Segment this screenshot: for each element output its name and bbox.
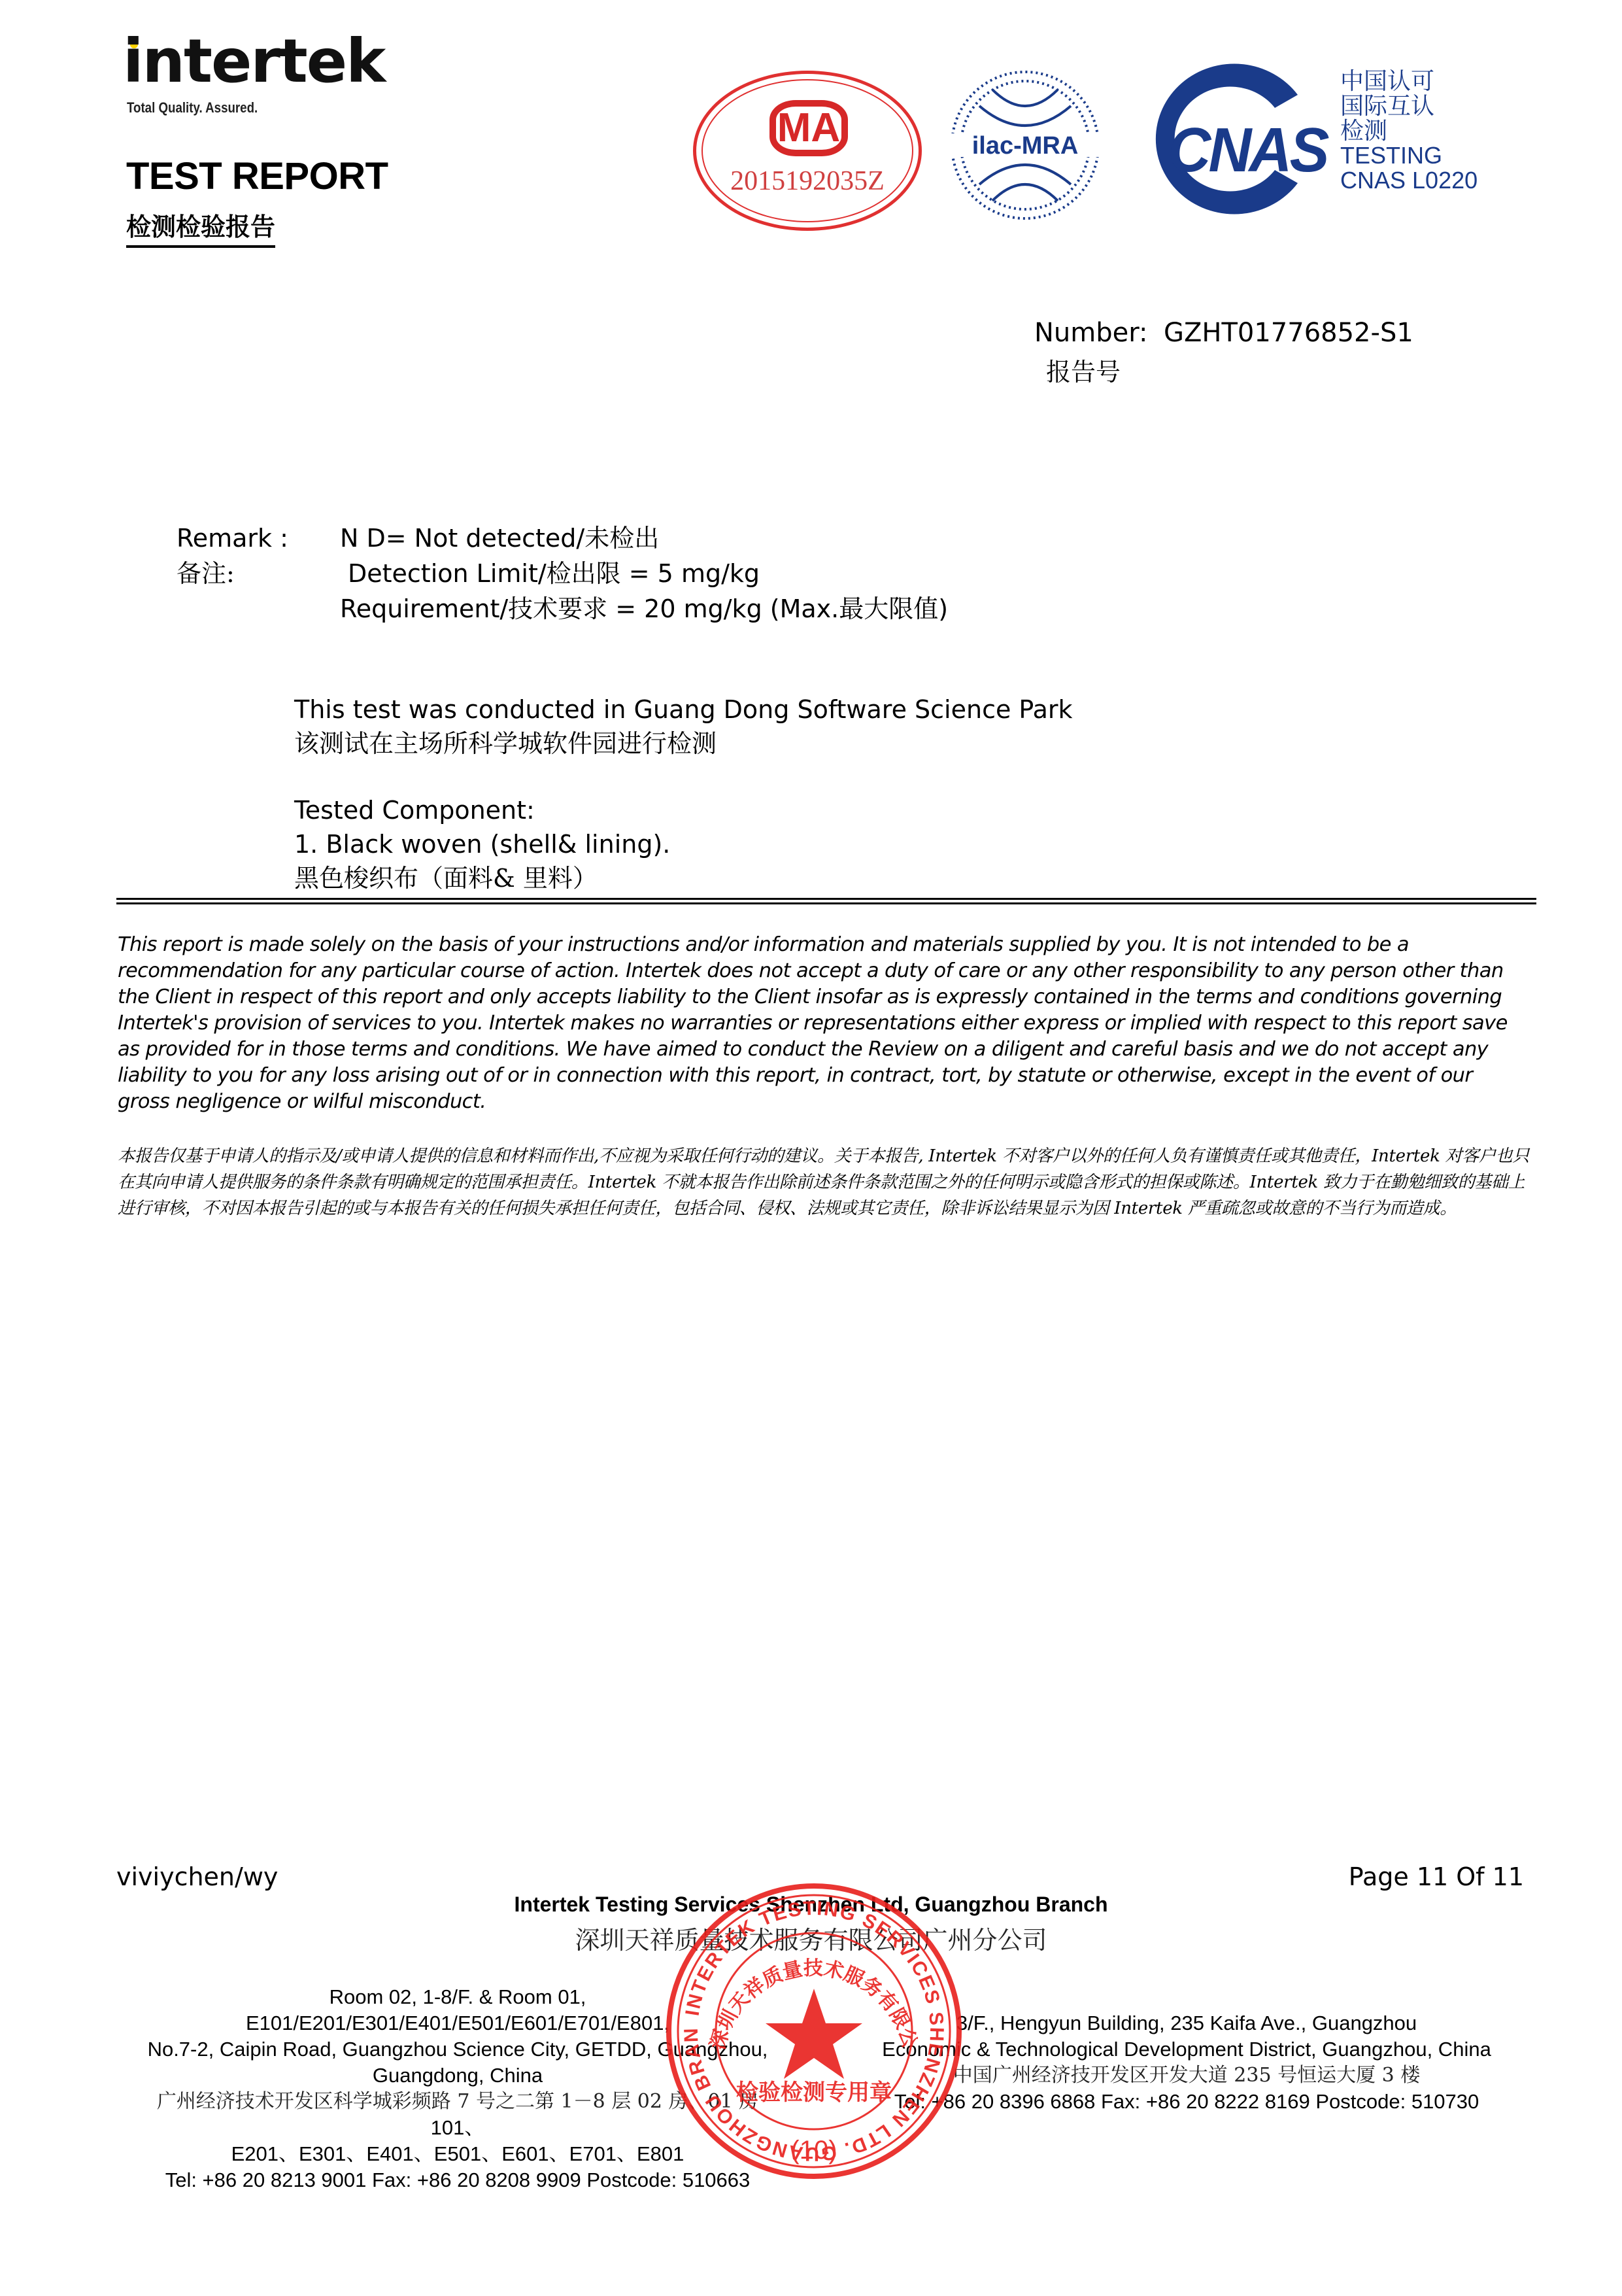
remark-label: Remark : bbox=[177, 521, 288, 556]
remark-label-zh: 备注: bbox=[177, 556, 235, 591]
cma-mark: MA bbox=[769, 100, 848, 156]
report-number: GZHT01776852-S1 bbox=[1164, 318, 1413, 348]
double-rule-top bbox=[116, 898, 1536, 900]
tested-component-heading: Tested Component: bbox=[294, 793, 535, 828]
disclaimer-zh: 本报告仅基于申请人的指示及/或申请人提供的信息和材料而作出,不应视为采取任何行动… bbox=[118, 1143, 1530, 1222]
tested-component-item: 1. Black woven (shell& lining). bbox=[294, 827, 670, 862]
company-name-en: Intertek Testing Services Shenzhen Ltd, … bbox=[0, 1893, 1622, 1917]
report-number-label-zh: 报告号 bbox=[1046, 352, 1121, 388]
logo-tagline: Total Quality. Assured. bbox=[127, 99, 258, 116]
tested-component-item-zh: 黑色梭织布（面料& 里料） bbox=[294, 861, 598, 896]
intertek-logo: intertek bbox=[123, 31, 384, 92]
svg-text:(10): (10) bbox=[790, 2136, 837, 2165]
cnas-side-text: 中国认可 国际互认 检测 TESTING CNAS L0220 bbox=[1340, 69, 1478, 193]
page-number: Page 11 Of 11 bbox=[1349, 1862, 1524, 1891]
author-initials: viviychen/wy bbox=[116, 1862, 278, 1891]
double-rule-bottom bbox=[116, 902, 1536, 904]
address-left: Room 02, 1-8/F. & Room 01, E101/E201/E30… bbox=[118, 1984, 798, 2193]
cma-accreditation-logo: MA 2015192035Z bbox=[693, 71, 922, 231]
remark-detection-limit: Detection Limit/检出限 = 5 mg/kg bbox=[348, 556, 760, 591]
report-title: TEST REPORT bbox=[126, 154, 388, 198]
ilac-mra-logo: ilac-MRA bbox=[947, 60, 1104, 230]
company-name-zh: 深圳天祥质量技术服务有限公司广州分公司 bbox=[0, 1920, 1622, 1956]
test-site-zh: 该测试在主场所科学城软件园进行检测 bbox=[294, 726, 717, 761]
test-site-en: This test was conducted in Guang Dong So… bbox=[294, 692, 1073, 727]
remark-requirement: Requirement/技术要求 = 20 mg/kg (Max.最大限值) bbox=[340, 591, 948, 626]
ilac-text: ilac-MRA bbox=[972, 132, 1079, 160]
report-number-label: Number: bbox=[1034, 318, 1147, 348]
disclaimer-en: This report is made solely on the basis … bbox=[118, 932, 1530, 1115]
remark-not-detected: N D= Not detected/未检出 bbox=[340, 521, 659, 556]
cma-number: 2015192035Z bbox=[696, 165, 919, 197]
cnas-logo-text: CNAS bbox=[1168, 114, 1326, 186]
address-right: 3/F., Hengyun Building, 235 Kaifa Ave., … bbox=[843, 2010, 1530, 2115]
report-title-zh: 检测检验报告 bbox=[126, 207, 275, 248]
